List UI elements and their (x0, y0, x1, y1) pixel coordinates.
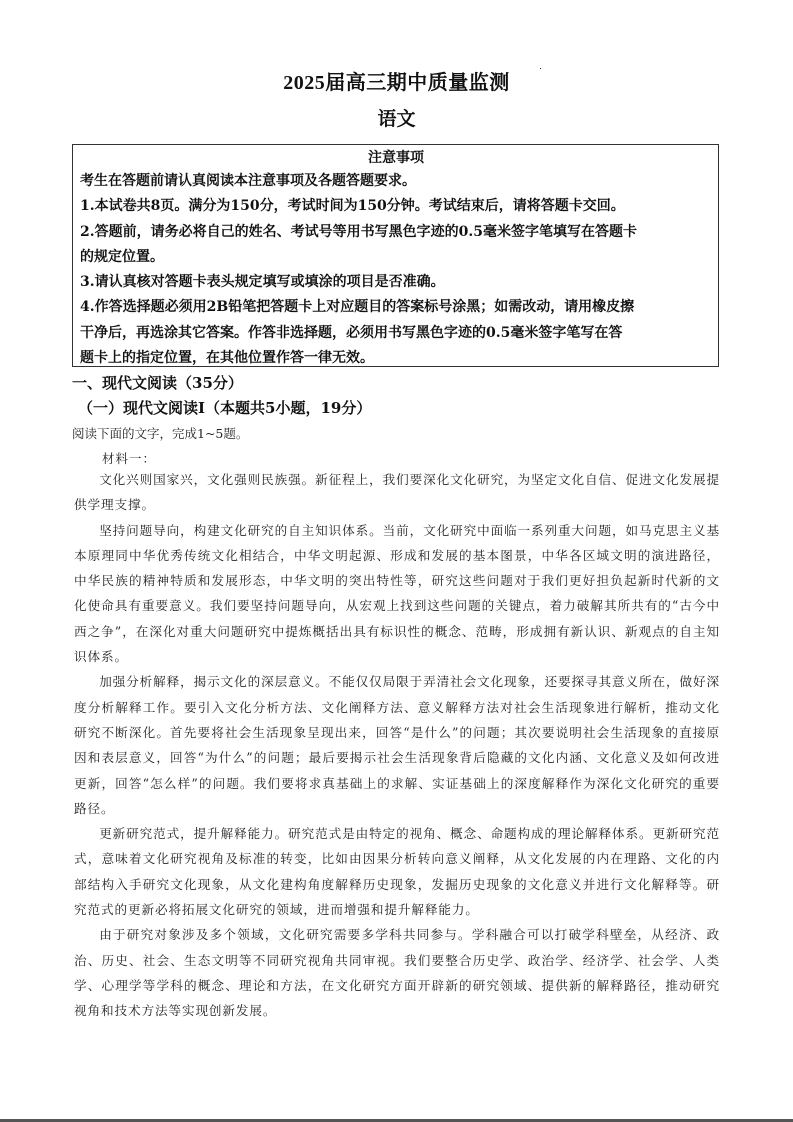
material-label: 材料一： (102, 449, 156, 467)
notice-line: 3.请认真核对答题卡表头规定填写或填涂的项目是否准确。 (80, 270, 712, 295)
stray-mark (540, 68, 541, 69)
notice-line: 考生在答题前请认真阅读本注意事项及各题答题要求。 (80, 169, 712, 194)
notice-box: 注意事项 考生在答题前请认真阅读本注意事项及各题答题要求。 1.本试卷共8页。满… (72, 144, 719, 367)
notice-line: 干净后，再选涂其它答案。作答非选择题，必须用书写黑色字迹的0.5毫米签字笔写在答 (80, 321, 712, 346)
exam-subject: 语文 (0, 104, 793, 131)
paragraph: 坚持问题导向，构建文化研究的自主知识体系。当前，文化研究中面临一系列重大问题，如… (74, 518, 720, 670)
paragraph: 更新研究范式，提升解释能力。研究范式是由特定的视角、概念、命题构成的理论解释体系… (74, 821, 720, 922)
paragraph: 文化兴则国家兴，文化强则民族强。新征程上，我们要深化文化研究，为坚定文化自信、促… (74, 467, 720, 518)
section-subheading: （一）现代文阅读Ⅰ（本题共5小题，19分） (78, 397, 371, 418)
paragraph: 由于研究对象涉及多个领域，文化研究需要多学科共同参与。学科融合可以打破学科壁垒，… (74, 922, 720, 1023)
paragraph: 加强分析解释，揭示文化的深层意义。不能仅仅局限于弄清社会文化现象，还要探寻其意义… (74, 669, 720, 821)
exam-title: 2025届高三期中质量监测 (0, 66, 793, 95)
reading-passage: 文化兴则国家兴，文化强则民族强。新征程上，我们要深化文化研究，为坚定文化自信、促… (74, 467, 720, 1024)
notice-line: 题卡上的指定位置，在其他位置作答一律无效。 (80, 346, 712, 371)
section-heading: 一、现代文阅读（35分） (72, 372, 243, 393)
notice-line: 2.答题前，请务必将自己的姓名、考试号等用书写黑色字迹的0.5毫米签字笔填写在答… (80, 220, 712, 245)
reading-instruction: 阅读下面的文字，完成1~5题。 (72, 424, 248, 442)
notice-line: 的规定位置。 (80, 245, 712, 270)
notice-title: 注意事项 (80, 147, 712, 169)
notice-line: 4.作答选择题必须用2B铅笔把答题卡上对应题目的答案标号涂黑；如需改动，请用橡皮… (80, 295, 712, 320)
notice-line: 1.本试卷共8页。满分为150分，考试时间为150分钟。考试结束后，请将答题卡交… (80, 194, 712, 219)
